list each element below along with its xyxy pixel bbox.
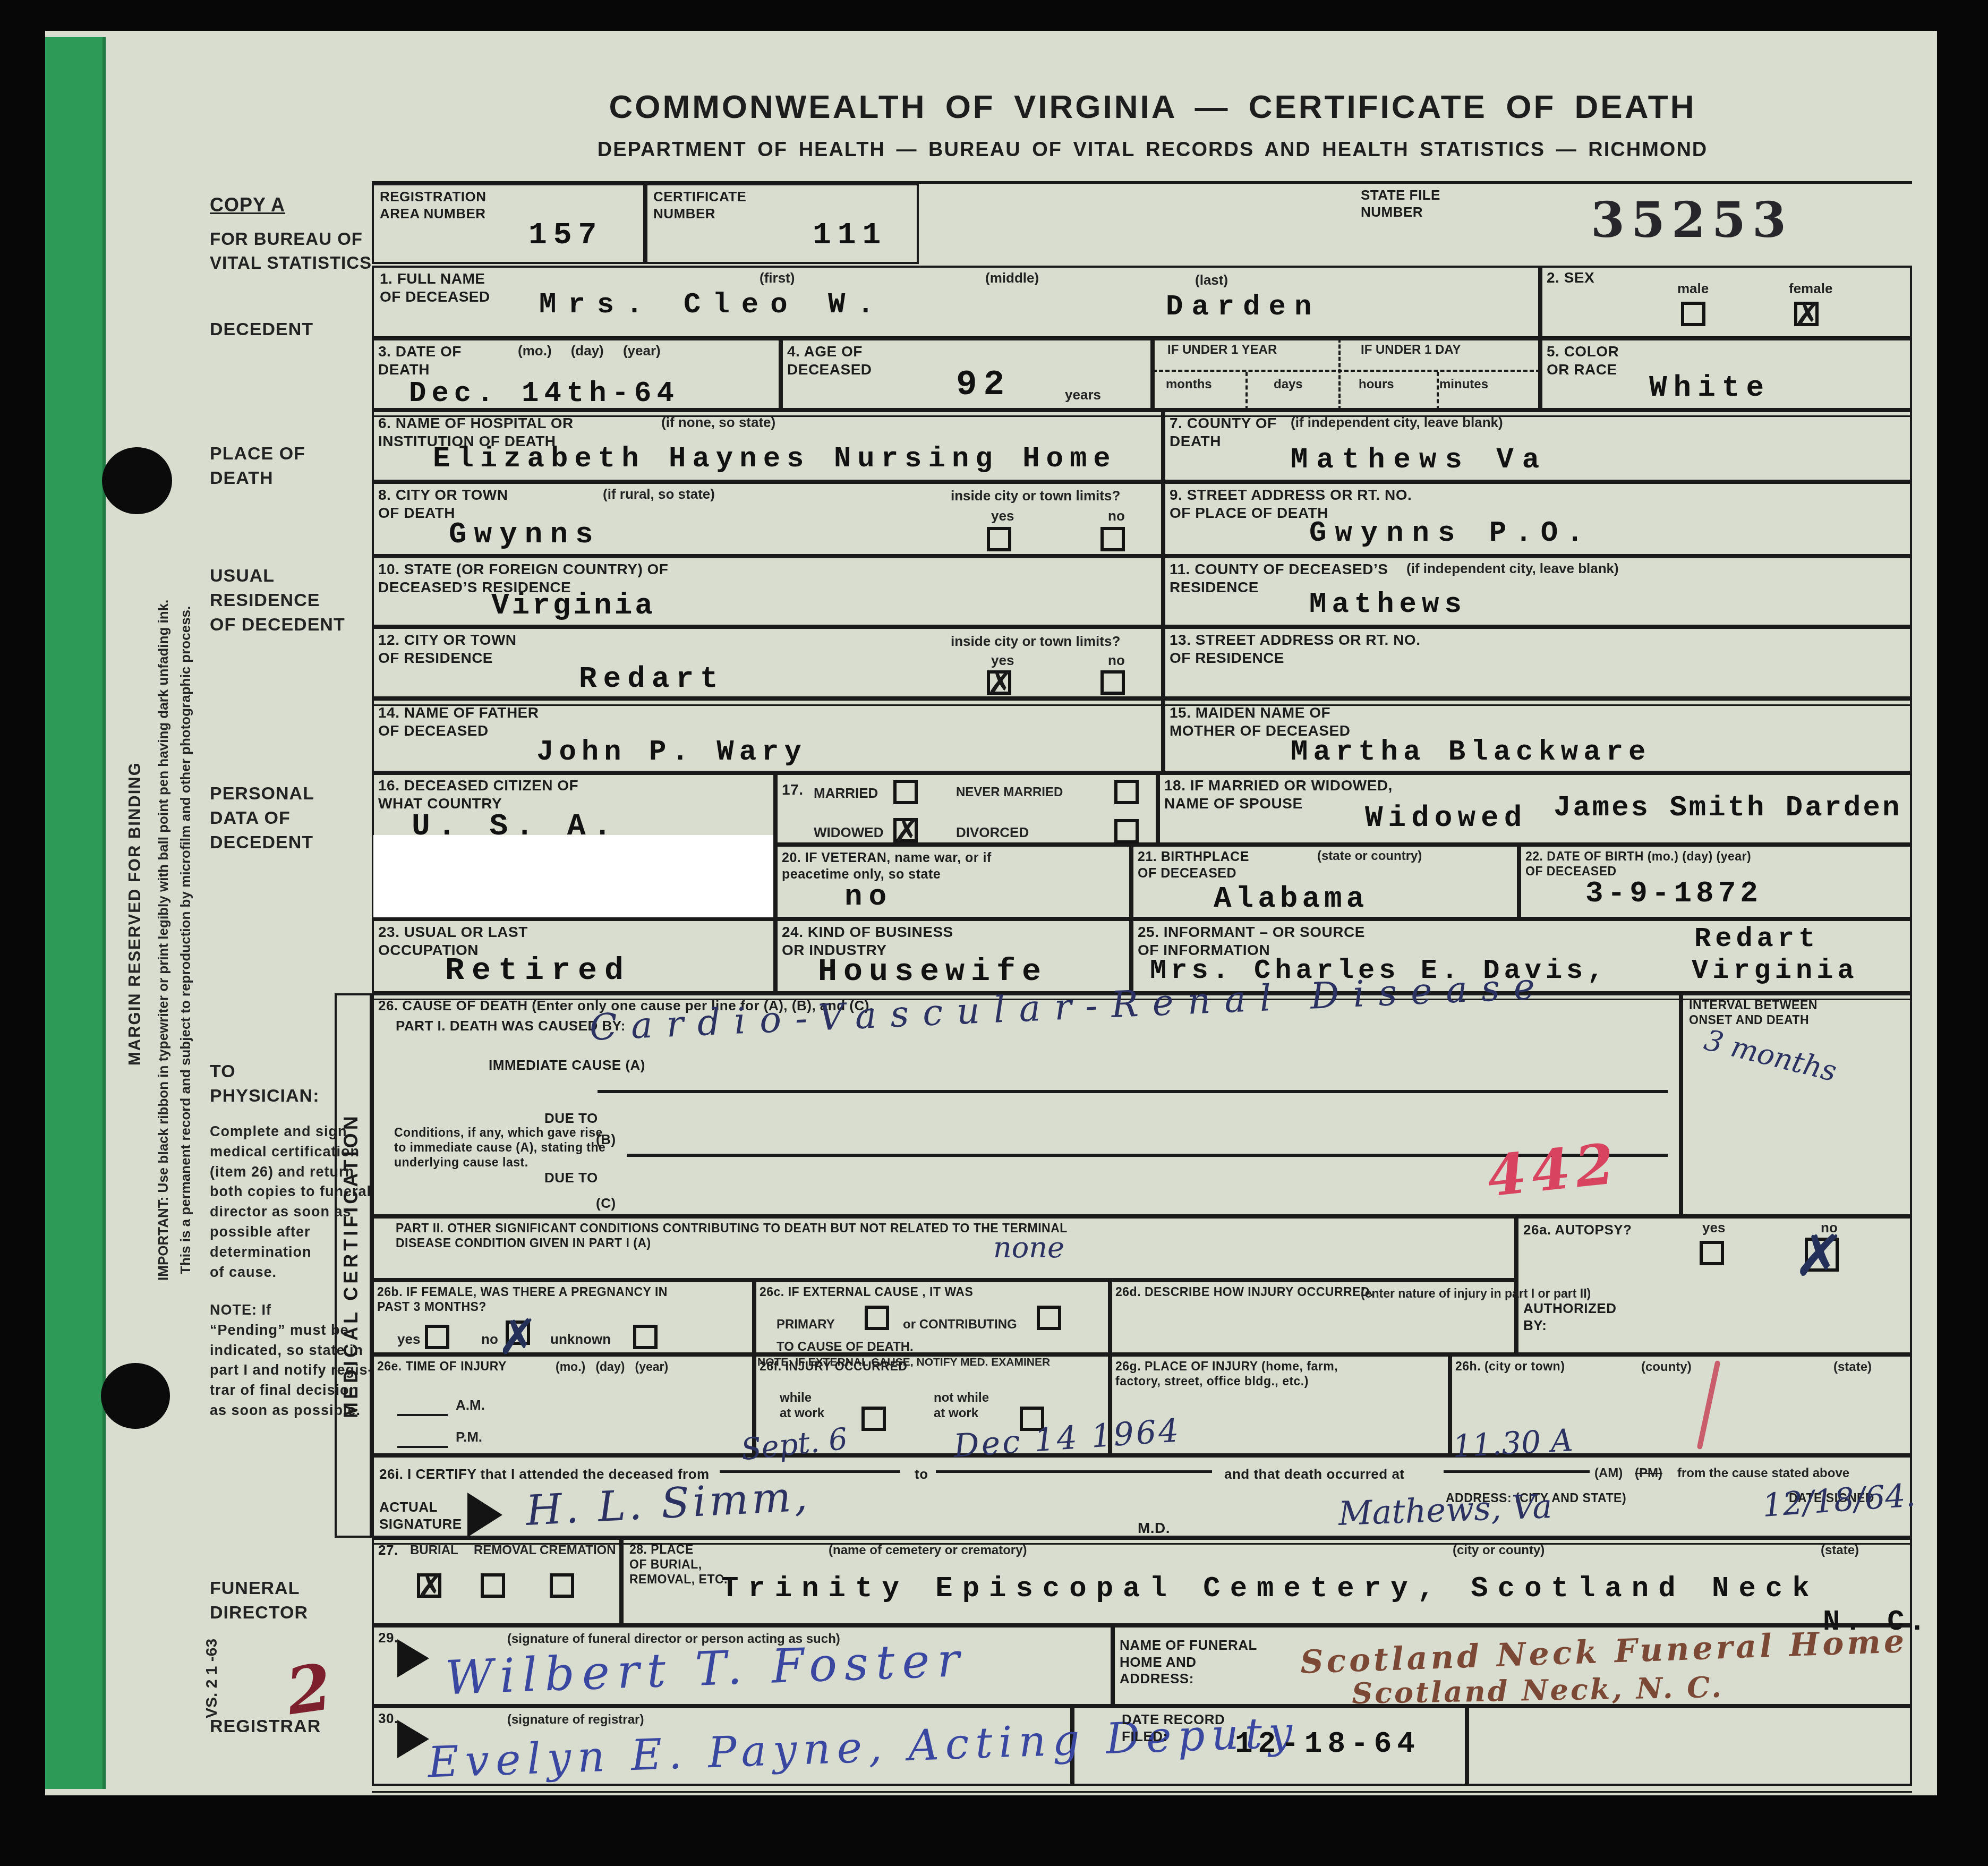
- field1-label: 1. FULL NAME OF DECEASED: [380, 270, 490, 306]
- under-year-label: IF UNDER 1 YEAR: [1167, 343, 1277, 358]
- field29-arrow-icon: [397, 1639, 429, 1677]
- field1-first-value: Mrs. Cleo W.: [539, 291, 886, 320]
- field29-number: 29.: [378, 1630, 398, 1647]
- funeral-home-stamp-line2: Scotland Neck, N. C.: [1351, 1670, 1723, 1710]
- field21-hint: (state or country): [1317, 849, 1422, 864]
- married-label: MARRIED: [814, 785, 878, 802]
- medical-certification-label: MEDICAL CERTIFICATION: [340, 993, 362, 1538]
- city-county-hint: (city or county): [1453, 1543, 1545, 1558]
- field26d-hint: (enter nature of injury in part I or par…: [1361, 1286, 1591, 1301]
- under-hours-label: hours: [1359, 377, 1394, 393]
- field7-label: 7. COUNTY OF DEATH: [1170, 414, 1277, 450]
- field8-limits-label: inside city or town limits?: [951, 488, 1120, 504]
- while-at-work-label: while at work: [780, 1391, 824, 1421]
- state-file-value: 35253: [1591, 191, 1793, 249]
- field11-value: Mathews: [1309, 591, 1467, 619]
- section-dec edent: DECEDENT: [210, 318, 313, 342]
- field7-hint: (if independent city, leave blank): [1291, 414, 1503, 431]
- field2-label: 2. SEX: [1547, 269, 1594, 287]
- field2-box: [1540, 266, 1912, 338]
- margin-important-text: IMPORTANT: Use black ribbon in typewrite…: [155, 526, 172, 1354]
- part2-label: PART II. OTHER SIGNIFICANT CONDITIONS CO…: [396, 1221, 1068, 1250]
- under-minutes-label: minutes: [1439, 377, 1488, 393]
- authorized-by-label: AUTHORIZED BY:: [1523, 1300, 1616, 1334]
- field3-value: Dec. 14th-64: [409, 380, 679, 408]
- state-hint: (state): [1821, 1543, 1859, 1558]
- field20-label: 20. IF VETERAN, name war, or if peacetim…: [782, 850, 992, 882]
- certificate-number-label: CERTIFICATE NUMBER: [653, 189, 746, 222]
- to-line: [936, 1470, 1212, 1473]
- burial-checkbox: [417, 1573, 441, 1598]
- field21-label: 21. BIRTHPLACE OF DECEASED: [1138, 849, 1249, 881]
- field21-value: Alabama: [1214, 884, 1368, 914]
- field25-state-value: Virginia: [1692, 957, 1858, 985]
- scanned-death-certificate: MARGIN RESERVED FOR BINDING IMPORTANT: U…: [0, 0, 1988, 1866]
- contributing-checkbox: [1037, 1306, 1061, 1330]
- divorced-checkbox: [1114, 819, 1139, 843]
- field6-value: Elizabeth Haynes Nursing Home: [433, 445, 1117, 474]
- page-title: COMMONWEALTH OF VIRGINIA — CERTIFICATE O…: [478, 89, 1827, 125]
- field18-label: 18. IF MARRIED OR WIDOWED, NAME OF SPOUS…: [1164, 777, 1393, 813]
- field1-hint-middle: (middle): [985, 270, 1039, 286]
- while-at-work-checkbox: [861, 1407, 886, 1431]
- field12-value: Redart: [579, 664, 724, 694]
- widowed-label: WIDOWED: [814, 824, 883, 841]
- pregnancy-unknown-checkbox: [633, 1325, 658, 1349]
- autopsy-yes-label: yes: [1702, 1220, 1725, 1236]
- field8-yes-label: yes: [991, 508, 1014, 524]
- field15-value: Martha Blackware: [1291, 738, 1651, 767]
- margin-permanent-text: This is a permanent record and subject t…: [177, 542, 194, 1339]
- under-divider-1: [1245, 372, 1248, 410]
- section-to-physician: TO PHYSICIAN:: [210, 1060, 319, 1109]
- removal-label: REMOVAL: [474, 1543, 536, 1558]
- date-filed-value: 12-18-64: [1235, 1729, 1420, 1759]
- field24-value: Housewife: [818, 956, 1047, 988]
- under-days-label: days: [1274, 377, 1303, 393]
- under-divider-2: [1338, 338, 1341, 410]
- field25-place-value: Redart: [1694, 925, 1819, 953]
- field10-value: Virginia: [491, 591, 655, 620]
- field14-label: 14. NAME OF FATHER OF DECEASED: [378, 704, 539, 740]
- field5-label: 5. COLOR OR RACE: [1547, 343, 1619, 379]
- field20-value: no: [844, 882, 893, 911]
- field26h-state-label: (state): [1833, 1360, 1872, 1375]
- field18-spouse-value: James Smith Darden: [1554, 794, 1901, 823]
- primary-checkbox: [865, 1306, 889, 1330]
- field4-label: 4. AGE OF DECEASED: [787, 343, 872, 379]
- pregnancy-yes-label: yes: [397, 1331, 420, 1348]
- md-label: M.D.: [1138, 1519, 1170, 1537]
- occurred-label: and that death occurred at: [1224, 1466, 1405, 1483]
- cause-stated-label: from the cause stated above: [1677, 1466, 1849, 1481]
- married-checkbox: [893, 780, 918, 804]
- section-funeral-director: FUNERAL DIRECTOR: [210, 1577, 308, 1625]
- field4-unit: years: [1065, 387, 1101, 403]
- field6-hint: (if none, so state): [661, 414, 775, 431]
- registration-area-value: 157: [528, 220, 603, 251]
- funeral-home-label: NAME OF FUNERAL HOME AND ADDRESS:: [1120, 1637, 1257, 1688]
- autopsy-no-checkbox: [1805, 1238, 1839, 1272]
- am-paren-label: (AM): [1594, 1466, 1623, 1481]
- contributing-label: or CONTRIBUTING: [903, 1317, 1017, 1333]
- margin-binding-text: MARGIN RESERVED FOR BINDING: [125, 680, 144, 1147]
- binding-strip: [45, 37, 106, 1789]
- field8-no-checkbox: [1100, 527, 1125, 551]
- cemetery-hint: (name of cemetery or crematory): [829, 1543, 1027, 1558]
- pm-paren-label: (PM): [1635, 1466, 1662, 1481]
- field8-value: Gwynns: [449, 519, 601, 549]
- field12-no-checkbox: [1100, 670, 1125, 695]
- section-personal-data: PERSONAL DATA OF DECEDENT: [210, 782, 314, 855]
- field26e-label: 26e. TIME OF INJURY: [377, 1359, 507, 1374]
- from-line: [720, 1470, 900, 1473]
- pm-label: P.M.: [456, 1429, 482, 1445]
- sex-male-label: male: [1677, 280, 1709, 297]
- pregnancy-unknown-label: unknown: [550, 1331, 611, 1348]
- part2-value-handwriting: none: [993, 1233, 1064, 1262]
- copy-for-label: FOR BUREAU OF VITAL STATISTICS: [210, 227, 372, 275]
- field1-hint-first: (first): [760, 270, 795, 286]
- field3-label: 3. DATE OF DEATH: [378, 343, 462, 379]
- to-cause-label: TO CAUSE OF DEATH.: [777, 1340, 914, 1355]
- field25-label: 25. INFORMANT – OR SOURCE OF INFORMATION: [1138, 923, 1365, 959]
- state-file-label: STATE FILE NUMBER: [1361, 187, 1440, 220]
- pregnancy-no-checkbox: [506, 1320, 530, 1345]
- registration-area-label: REGISTRATION AREA NUMBER: [380, 189, 487, 222]
- pregnancy-no-label: no: [481, 1331, 498, 1348]
- due-to-label: DUE TO: [544, 1110, 598, 1127]
- never-married-checkbox: [1114, 780, 1139, 804]
- am-line: [397, 1414, 448, 1416]
- copy-a-label: COPY A: [210, 192, 285, 218]
- never-married-label: NEVER MARRIED: [956, 785, 1063, 800]
- field14-value: John P. Wary: [536, 738, 807, 767]
- field1-last-value: Darden: [1166, 293, 1320, 322]
- field23-value: Retired: [445, 955, 631, 987]
- field16-label: 16. DECEASED CITIZEN OF WHAT COUNTRY: [378, 777, 578, 813]
- field12-label: 12. CITY OR TOWN OF RESIDENCE: [378, 631, 517, 667]
- cause-b-label: (B): [596, 1131, 616, 1148]
- field8-yes-checkbox: [987, 527, 1011, 551]
- field26g-label: 26g. PLACE OF INJURY (home, farm, factor…: [1115, 1359, 1338, 1388]
- cremation-checkbox: [550, 1573, 574, 1598]
- field7-value: Mathews Va: [1291, 446, 1548, 475]
- under-dashed-rule: [1153, 370, 1540, 372]
- not-while-at-work-label: not while at work: [934, 1391, 989, 1421]
- signature-arrow-icon: [467, 1493, 502, 1537]
- widowed-checkbox: [893, 818, 918, 842]
- field18-status-value: Widowed: [1365, 803, 1527, 833]
- section-usual-residence: USUAL RESIDENCE OF DECEDENT: [210, 564, 345, 637]
- punch-hole-bottom: [101, 1363, 170, 1429]
- sex-female-label: female: [1789, 280, 1832, 297]
- field15-label: 15. MAIDEN NAME OF MOTHER OF DECEASED: [1170, 704, 1350, 740]
- field1-hint-last: (last): [1195, 272, 1228, 288]
- bottom-rule: [372, 1791, 1912, 1793]
- field17-number: 17.: [782, 781, 803, 799]
- redaction-box: [373, 835, 773, 917]
- physician-address-handwriting: Mathews, Va: [1338, 1490, 1552, 1530]
- cause-a-line: [598, 1090, 1668, 1093]
- bottom-right-box: [1467, 1706, 1912, 1786]
- divorced-label: DIVORCED: [956, 824, 1029, 841]
- pregnancy-yes-checkbox: [425, 1325, 449, 1349]
- cremation-label: CREMATION: [540, 1543, 616, 1558]
- field28-label: 28. PLACE OF BURIAL, REMOVAL, ETC.: [629, 1542, 728, 1587]
- field12-yes-checkbox: [987, 670, 1011, 695]
- field12-no-label: no: [1108, 652, 1125, 669]
- pm-line: [397, 1446, 448, 1448]
- autopsy-yes-checkbox: [1700, 1241, 1724, 1265]
- date-filed-label: DATE RECORD FILED:: [1122, 1711, 1225, 1745]
- under-months-label: months: [1166, 377, 1212, 393]
- time-line: [1444, 1470, 1590, 1473]
- autopsy-label: 26a. AUTOPSY?: [1523, 1222, 1632, 1239]
- to-label: to: [915, 1466, 928, 1483]
- field5-value: White: [1649, 373, 1770, 403]
- under-day-label: IF UNDER 1 DAY: [1361, 343, 1461, 358]
- field11-hint: (if independent city, leave blank): [1406, 560, 1619, 577]
- field26h-county-label: (county): [1641, 1360, 1692, 1375]
- field8-no-label: no: [1108, 508, 1125, 524]
- field13-label: 13. STREET ADDRESS OR RT. NO. OF RESIDEN…: [1170, 631, 1420, 667]
- field26f-label: 26f. INJURY OCCURRED: [760, 1359, 907, 1374]
- sex-male-checkbox: [1681, 302, 1705, 326]
- section-place-of-death: PLACE OF DEATH: [210, 442, 305, 491]
- burial-label: BURIAL: [410, 1543, 458, 1558]
- punch-hole-top: [102, 447, 172, 514]
- field26d-label: 26d. DESCRIBE HOW INJURY OCCURRED.: [1115, 1284, 1373, 1299]
- due-to-2-label: DUE TO: [544, 1170, 598, 1187]
- death-time-handwriting: 11.30 A: [1452, 1425, 1574, 1462]
- under-divider-3: [1437, 372, 1439, 410]
- field9-value: Gwynns P.O.: [1309, 519, 1592, 548]
- field30-arrow-icon: [397, 1720, 429, 1758]
- field26h-label: 26h. (city or town): [1455, 1359, 1565, 1374]
- field3-hints: (mo.) (day) (year): [518, 343, 661, 359]
- conditions-label: Conditions, if any, which gave rise to i…: [394, 1125, 605, 1170]
- field30-number: 30.: [378, 1710, 398, 1727]
- code-stamp-442: 442: [1484, 1130, 1623, 1209]
- sex-female-checkbox: [1794, 302, 1819, 326]
- field22-value: 3-9-1872: [1585, 879, 1762, 908]
- am-label: A.M.: [456, 1397, 485, 1413]
- interval-label: INTERVAL BETWEEN ONSET AND DEATH: [1689, 998, 1818, 1027]
- field26e-hints: (mo.) (day) (year): [556, 1360, 668, 1375]
- field28-value: Trinity Episcopal Cemetery, Scotland Nec…: [721, 1575, 1819, 1604]
- field4-value: 92: [956, 368, 1011, 403]
- primary-label: PRIMARY: [777, 1317, 835, 1333]
- certificate-number-value: 111: [813, 220, 887, 251]
- page-subtitle: DEPARTMENT OF HEALTH — BUREAU OF VITAL R…: [478, 139, 1827, 161]
- field30-hint: (signature of registrar): [507, 1712, 644, 1728]
- field22-label: 22. DATE OF BIRTH (mo.) (day) (year) OF …: [1525, 849, 1751, 879]
- removal-checkbox: [481, 1573, 505, 1598]
- immediate-cause-label: IMMEDIATE CAUSE (A): [489, 1057, 645, 1074]
- field12-limits-label: inside city or town limits?: [951, 633, 1120, 650]
- field27-number: 27.: [378, 1542, 398, 1559]
- cause-c-label: (C): [596, 1195, 616, 1212]
- field8-hint: (if rural, so state): [603, 486, 715, 502]
- field26c-label: 26c. IF EXTERNAL CAUSE , IT WAS: [760, 1284, 973, 1299]
- actual-signature-label: ACTUAL SIGNATURE: [379, 1499, 462, 1532]
